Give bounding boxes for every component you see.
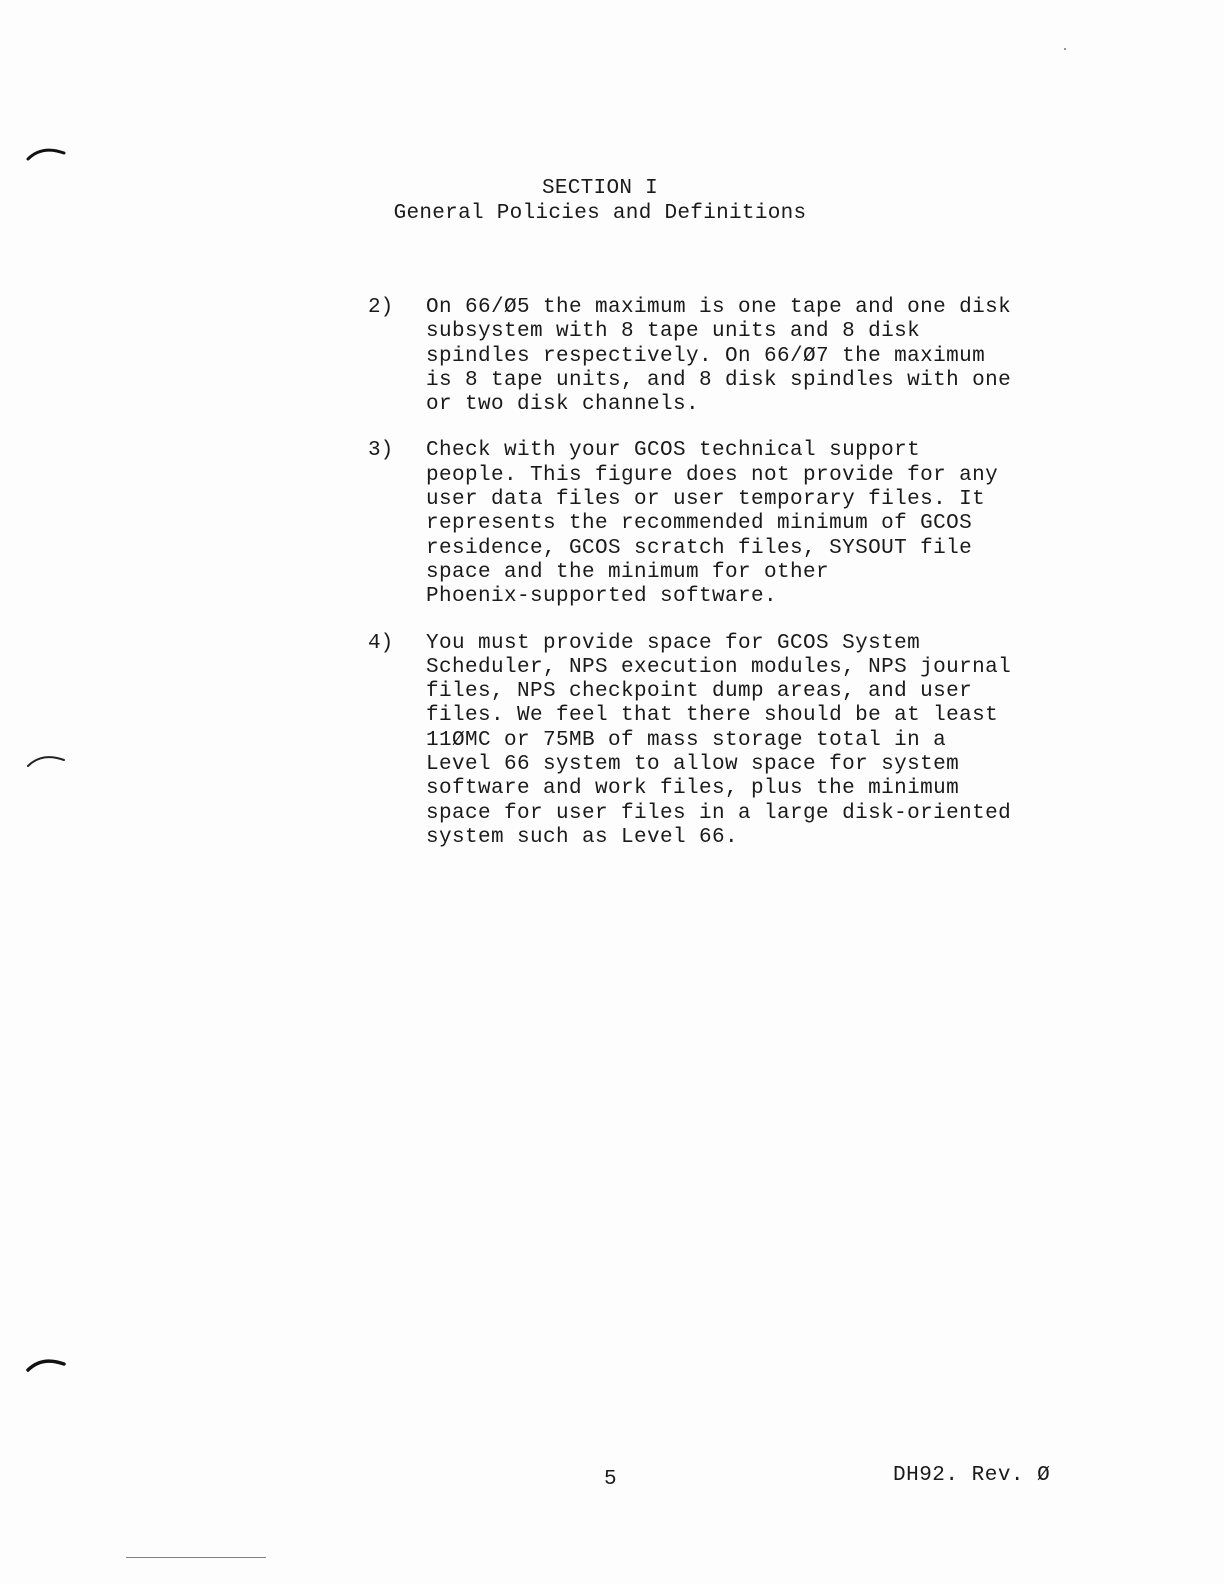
section-title: General Policies and Definitions (360, 201, 840, 226)
note-line: space for user files in a large disk-ori… (426, 802, 1088, 826)
note-number: 3) (368, 439, 393, 463)
bottom-edge-rule (126, 1557, 266, 1558)
note-line: residence, GCOS scratch files, SYSOUT fi… (426, 537, 1088, 561)
note-text: You must provide space for GCOS System S… (426, 632, 1088, 851)
note-line: space and the minimum for other (426, 561, 1088, 585)
note-line: files, NPS checkpoint dump areas, and us… (426, 680, 1088, 704)
scan-speck (1064, 48, 1066, 50)
section-label: SECTION I (360, 176, 840, 201)
note-number: 2) (368, 296, 393, 320)
note-line: people. This figure does not provide for… (426, 464, 1088, 488)
binder-hole-mark-middle (26, 752, 66, 768)
note-number: 4) (368, 632, 393, 656)
note-text: On 66/Ø5 the maximum is one tape and one… (426, 296, 1088, 417)
note-line: system such as Level 66. (426, 826, 1088, 850)
note-item-4: 4) You must provide space for GCOS Syste… (368, 632, 1088, 851)
document-revision: DH92. Rev. Ø (893, 1464, 1050, 1487)
document-page: SECTION I General Policies and Definitio… (0, 0, 1224, 1584)
note-line: You must provide space for GCOS System (426, 632, 1088, 656)
binder-hole-mark-bottom (26, 1356, 66, 1372)
note-line: Scheduler, NPS execution modules, NPS jo… (426, 656, 1088, 680)
note-item-2: 2) On 66/Ø5 the maximum is one tape and … (368, 296, 1088, 417)
note-line: software and work files, plus the minimu… (426, 777, 1088, 801)
note-line: On 66/Ø5 the maximum is one tape and one… (426, 296, 1088, 320)
note-line: is 8 tape units, and 8 disk spindles wit… (426, 369, 1088, 393)
numbered-notes-list: 2) On 66/Ø5 the maximum is one tape and … (368, 296, 1088, 872)
note-line: files. We feel that there should be at l… (426, 704, 1088, 728)
note-line: Check with your GCOS technical support (426, 439, 1088, 463)
note-item-3: 3) Check with your GCOS technical suppor… (368, 439, 1088, 609)
section-header: SECTION I General Policies and Definitio… (360, 176, 840, 226)
note-line: user data files or user temporary files.… (426, 488, 1088, 512)
page-number: 5 (604, 1468, 617, 1491)
note-line: spindles respectively. On 66/Ø7 the maxi… (426, 345, 1088, 369)
note-line: or two disk channels. (426, 393, 1088, 417)
note-line: 11ØMC or 75MB of mass storage total in a (426, 729, 1088, 753)
binder-hole-mark-top (26, 145, 66, 161)
note-text: Check with your GCOS technical support p… (426, 439, 1088, 609)
note-line: subsystem with 8 tape units and 8 disk (426, 320, 1088, 344)
note-line: represents the recommended minimum of GC… (426, 512, 1088, 536)
note-line: Phoenix-supported software. (426, 585, 1088, 609)
note-line: Level 66 system to allow space for syste… (426, 753, 1088, 777)
